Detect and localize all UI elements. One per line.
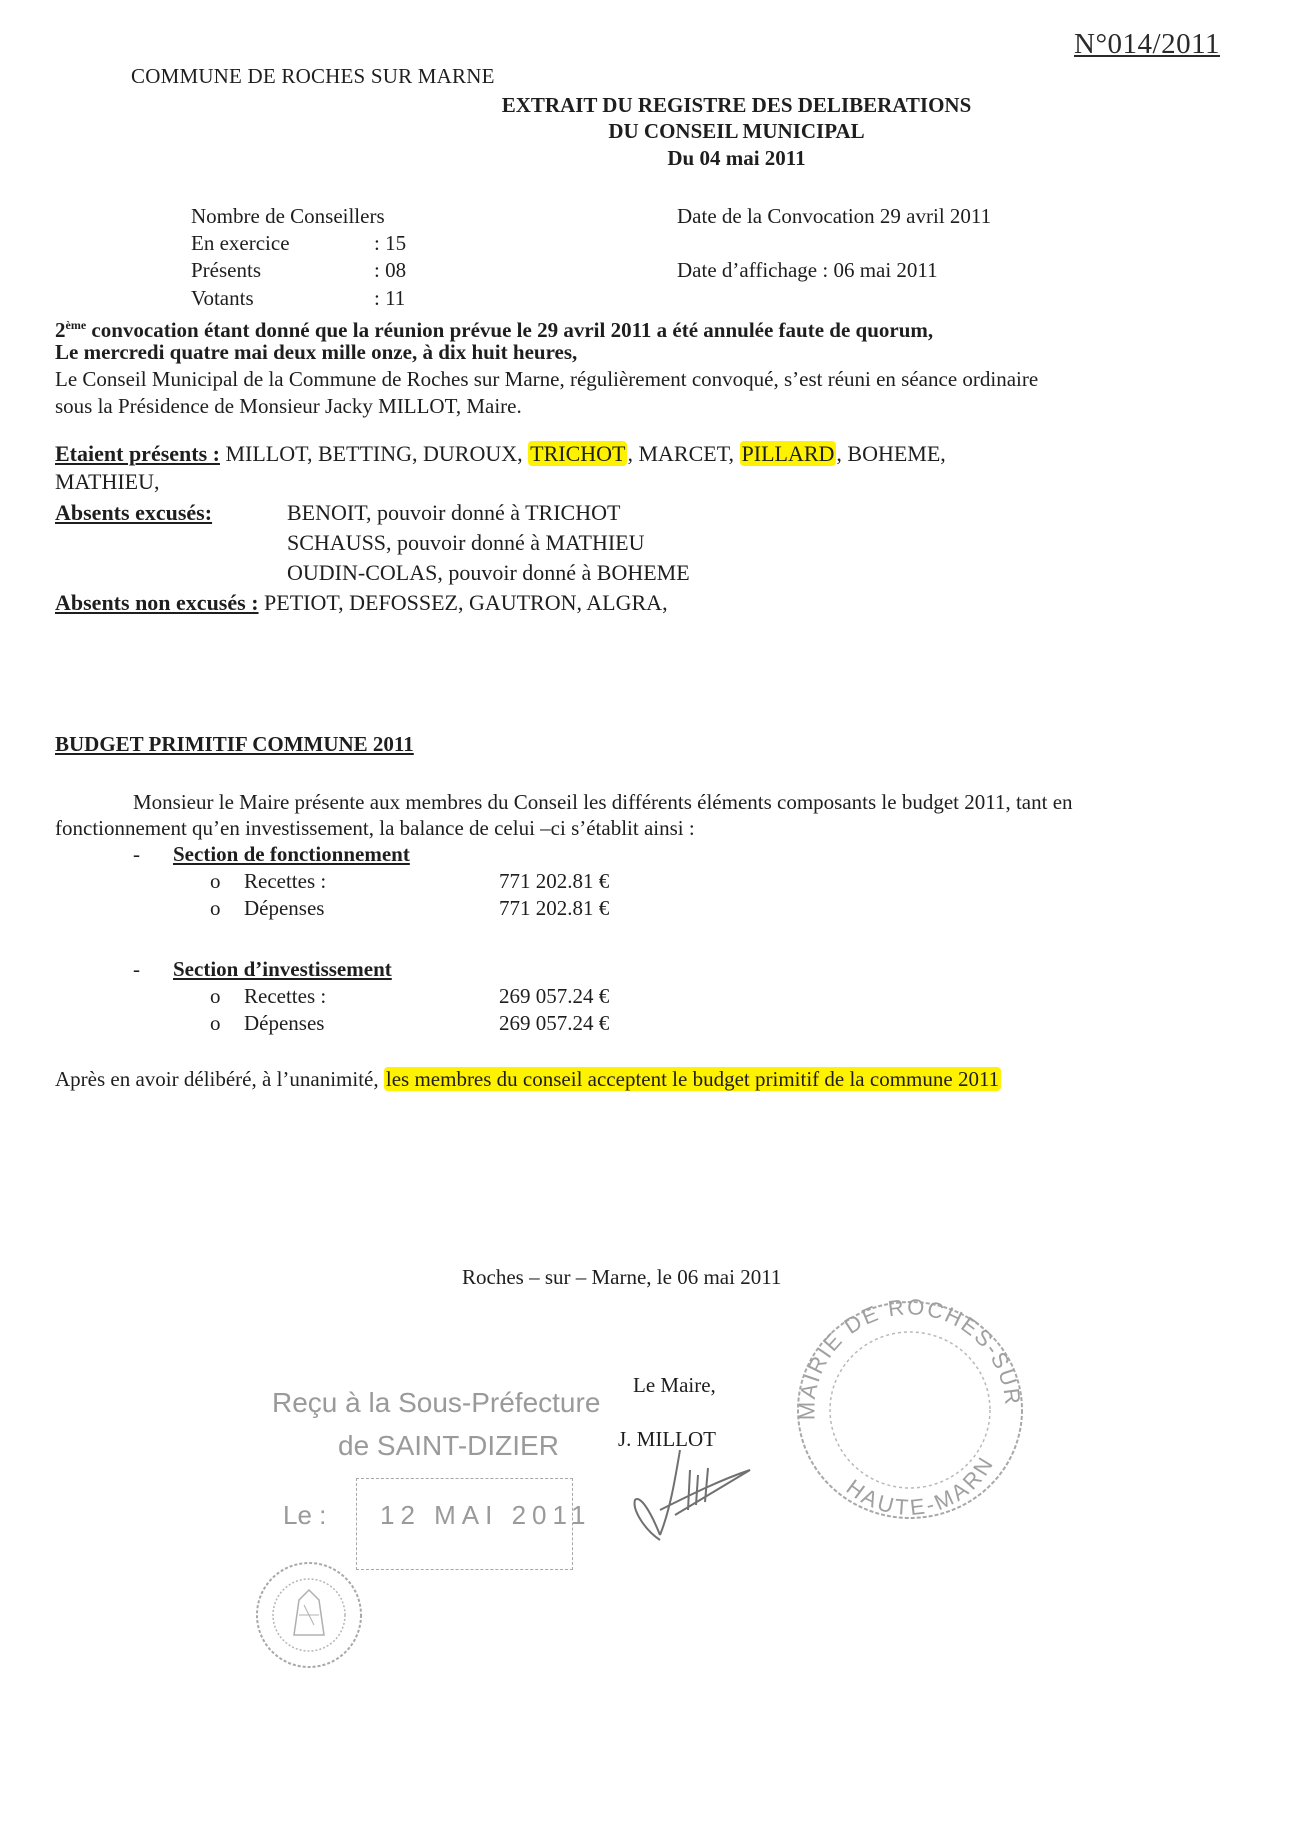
present-names-2: , MARCET, xyxy=(627,441,739,466)
excused-member-1: BENOIT, pouvoir donné à TRICHOT xyxy=(287,500,620,526)
received-stamp-line1: Reçu à la Sous-Préfecture xyxy=(272,1387,600,1419)
present-members-line: Etaient présents : MILLOT, BETTING, DURO… xyxy=(55,440,946,468)
present-members-continued: MATHIEU, xyxy=(55,469,160,495)
operating-revenue-amount: 771 202.81 € xyxy=(499,868,609,894)
section-dash: - xyxy=(133,956,140,982)
convocation-date: Date de la Convocation 29 avril 2011 xyxy=(677,203,991,229)
voters-value: : 11 xyxy=(374,285,405,311)
mairie-seal-icon: MAIRIE DE ROCHES-SUR-MARNE HAUTE-MARNE xyxy=(785,1290,1035,1530)
excused-label: Absents excusés: xyxy=(55,500,212,526)
in-office-label: En exercice xyxy=(191,230,290,256)
document-number: N°014/2011 xyxy=(1074,28,1220,61)
investment-expense-label: Dépenses xyxy=(244,1010,499,1036)
received-stamp-date: 12 MAI 2011 xyxy=(380,1500,592,1531)
unexcused-names: PETIOT, DEFOSSEZ, GAUTRON, ALGRA, xyxy=(259,590,668,615)
received-stamp-le: Le : xyxy=(283,1500,326,1531)
present-names-3: , BOHEME, xyxy=(836,441,945,466)
ordinal-suffix: ème xyxy=(66,318,87,332)
section-investment-title: Section d’investissement xyxy=(173,956,392,982)
voters-label: Votants xyxy=(191,285,254,311)
decision-text: Après en avoir délibéré, à l’unanimité, xyxy=(55,1067,384,1091)
investment-revenue-row: oRecettes :269 057.24 € xyxy=(210,983,609,1009)
posting-date: Date d’affichage : 06 mai 2011 xyxy=(677,257,938,283)
present-members-label: Etaient présents : xyxy=(55,441,220,466)
bullet-icon: o xyxy=(210,868,244,894)
bullet-icon: o xyxy=(210,895,244,921)
present-label: Présents xyxy=(191,257,261,283)
commune-name: COMMUNE DE ROCHES SUR MARNE xyxy=(131,63,495,89)
unexcused-label: Absents non excusés : xyxy=(55,590,259,615)
unexcused-line: Absents non excusés : PETIOT, DEFOSSEZ, … xyxy=(55,590,668,616)
present-name-highlighted-trichot: TRICHOT xyxy=(528,441,627,466)
intro-line4: sous la Présidence de Monsieur Jacky MIL… xyxy=(55,393,522,419)
investment-revenue-amount: 269 057.24 € xyxy=(499,983,609,1009)
investment-revenue-label: Recettes : xyxy=(244,983,499,1009)
received-stamp-line2: de SAINT-DIZIER xyxy=(338,1430,559,1462)
in-office-value: : 15 xyxy=(374,230,406,256)
operating-revenue-label: Recettes : xyxy=(244,868,499,894)
operating-expense-row: oDépenses771 202.81 € xyxy=(210,895,609,921)
operating-expense-amount: 771 202.81 € xyxy=(499,895,609,921)
budget-title: BUDGET PRIMITIF COMMUNE 2011 xyxy=(55,731,414,757)
signature-place-date: Roches – sur – Marne, le 06 mai 2011 xyxy=(462,1264,781,1290)
document-title-line2: DU CONSEIL MUNICIPAL xyxy=(0,118,1293,144)
handwritten-signature-icon xyxy=(620,1440,760,1550)
intro-line3: Le Conseil Municipal de la Commune de Ro… xyxy=(55,366,1038,392)
budget-intro-line2: fonctionnement qu’en investissement, la … xyxy=(55,815,695,841)
section-operating-title: Section de fonctionnement xyxy=(173,841,410,867)
investment-expense-row: oDépenses269 057.24 € xyxy=(210,1010,609,1036)
present-value: : 08 xyxy=(374,257,406,283)
document-title-line1: EXTRAIT DU REGISTRE DES DELIBERATIONS xyxy=(0,92,1293,118)
signature-role: Le Maire, xyxy=(633,1372,716,1398)
section-dash: - xyxy=(133,841,140,867)
document-title-date: Du 04 mai 2011 xyxy=(0,145,1293,171)
intro-line2: Le mercredi quatre mai deux mille onze, … xyxy=(55,339,577,365)
excused-member-2: SCHAUSS, pouvoir donné à MATHIEU xyxy=(287,530,645,556)
councillors-heading: Nombre de Conseillers xyxy=(191,203,385,229)
decision-line: Après en avoir délibéré, à l’unanimité, … xyxy=(55,1066,1001,1092)
bullet-icon: o xyxy=(210,983,244,1009)
bullet-icon: o xyxy=(210,1010,244,1036)
budget-intro-line1: Monsieur le Maire présente aux membres d… xyxy=(133,789,1073,815)
operating-revenue-row: oRecettes :771 202.81 € xyxy=(210,868,609,894)
prefecture-seal-icon xyxy=(254,1560,364,1670)
excused-member-3: OUDIN-COLAS, pouvoir donné à BOHEME xyxy=(287,560,690,586)
present-names-1: MILLOT, BETTING, DUROUX, xyxy=(220,441,528,466)
investment-expense-amount: 269 057.24 € xyxy=(499,1010,609,1036)
operating-expense-label: Dépenses xyxy=(244,895,499,921)
present-name-highlighted-pillard: PILLARD xyxy=(740,441,837,466)
decision-highlighted: les membres du conseil acceptent le budg… xyxy=(384,1067,1001,1091)
